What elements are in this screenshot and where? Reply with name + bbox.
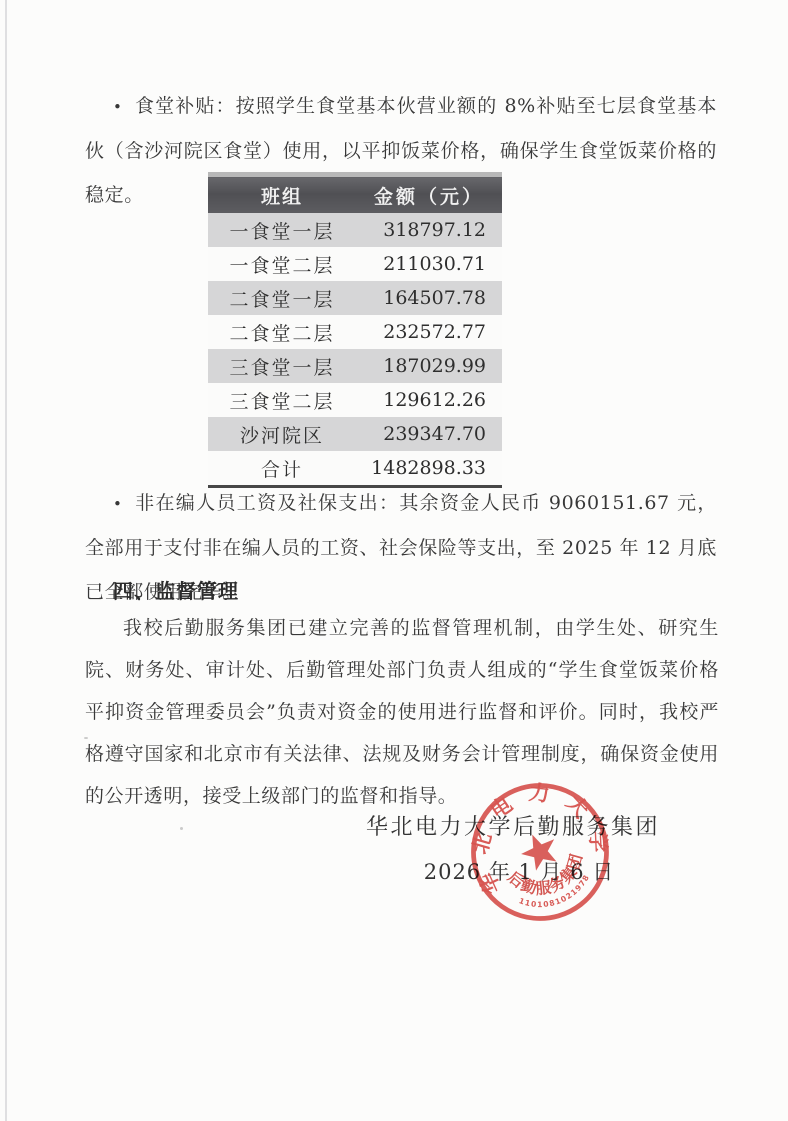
bullet-icon: • — [113, 495, 134, 513]
table-cell-amount: 164507.78 — [356, 281, 502, 315]
table-cell-label: 二食堂二层 — [208, 315, 356, 349]
table-row: 沙河院区 239347.70 — [208, 417, 502, 451]
table-cell-label: 一食堂二层 — [208, 247, 356, 281]
bullet-label: 食堂补贴： — [134, 95, 235, 117]
table-row: 一食堂二层 211030.71 — [208, 247, 502, 281]
subsidy-amount-table: 班组 金额（元） 一食堂一层 318797.12 一食堂二层 211030.71… — [208, 172, 502, 488]
supervision-paragraph: 我校后勤服务集团已建立完善的监督管理机制，由学生处、研究生院、财务处、审计处、后… — [85, 607, 719, 817]
table-cell-label: 沙河院区 — [208, 417, 356, 451]
table-cell-amount: 232572.77 — [356, 315, 502, 349]
table-cell-amount: 318797.12 — [356, 213, 502, 247]
table-row: 二食堂一层 164507.78 — [208, 281, 502, 315]
table-row: 三食堂一层 187029.99 — [208, 349, 502, 383]
official-red-seal: 华北电力大学 后勤服务集团 1101081021978 — [464, 776, 616, 928]
table-cell-label: 三食堂二层 — [208, 383, 356, 417]
column-header-group: 班组 — [208, 175, 356, 214]
scan-edge-line — [5, 0, 7, 1121]
table-cell-label: 二食堂一层 — [208, 281, 356, 315]
bullet-icon: • — [113, 98, 134, 116]
table-cell-amount: 239347.70 — [356, 417, 502, 451]
table-cell-label: 一食堂一层 — [208, 213, 356, 247]
table-cell-amount: 129612.26 — [356, 383, 502, 417]
seal-star-icon — [517, 829, 561, 873]
seal-group: 华北电力大学 后勤服务集团 1101081021978 — [464, 776, 616, 928]
table-row: 二食堂二层 232572.77 — [208, 315, 502, 349]
scanned-document-page: •食堂补贴：按照学生食堂基本伙营业额的 8%补贴至七层食堂基本伙（含沙河院区食堂… — [0, 0, 788, 1121]
bullet-label: 非在编人员工资及社保支出： — [134, 492, 399, 514]
signature-organization: 华北电力大学后勤服务集团 — [0, 806, 788, 850]
table-row: 三食堂二层 129612.26 — [208, 383, 502, 417]
table-cell-label: 三食堂一层 — [208, 349, 356, 383]
table-cell-amount: 187029.99 — [356, 349, 502, 383]
column-header-amount: 金额（元） — [356, 175, 502, 214]
table-header-row: 班组 金额（元） — [208, 175, 502, 214]
table-row: 一食堂一层 318797.12 — [208, 213, 502, 247]
table-cell-amount: 211030.71 — [356, 247, 502, 281]
